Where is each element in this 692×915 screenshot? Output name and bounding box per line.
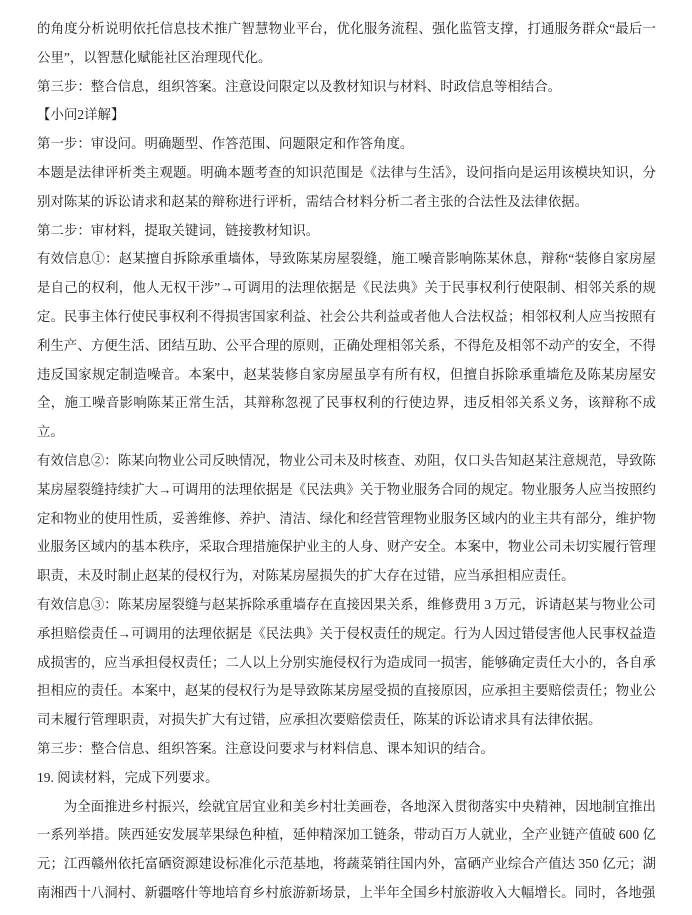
paragraph-q2-info2: 有效信息②：陈某向物业公司反映情况，物业公司未及时核查、劝阻，仅口头告知赵某注意…: [37, 447, 656, 591]
paragraph-q2-step3: 第三步：整合信息、组织答案。注意设问要求与材料信息、课本知识的结合。: [37, 735, 656, 764]
paragraph-q2-step1: 第一步：审设问。明确题型、作答范围、问题限定和作答角度。: [37, 130, 656, 159]
paragraph-subquestion2-heading: 【小问2详解】: [37, 101, 656, 130]
paragraph-q2-step2: 第二步：审材料，提取关键词，链接教材知识。: [37, 217, 656, 246]
paragraph-q1-step3: 第三步：整合信息，组织答案。注意设问限定以及教材知识与材料、时政信息等相结合。: [37, 73, 656, 102]
document-page: 的角度分析说明依托信息技术推广智慧物业平台，优化服务流程、强化监管支撑，打通服务…: [0, 0, 692, 915]
paragraph-question19-material: 为全面推进乡村振兴，绘就宜居宜业和美乡村壮美画卷，各地深入贯彻落实中央精神，因地…: [37, 793, 656, 908]
paragraph-smart-property-conclusion: 的角度分析说明依托信息技术推广智慧物业平台，优化服务流程、强化监管支撑，打通服务…: [37, 15, 656, 73]
paragraph-q2-info1: 有效信息①：赵某擅自拆除承重墙体，导致陈某房屋裂缝，施工噪音影响陈某休息，辩称“…: [37, 245, 656, 447]
document-body: 的角度分析说明依托信息技术推广智慧物业平台，优化服务流程、强化监管支撑，打通服务…: [37, 15, 656, 908]
paragraph-q2-question-type: 本题是法律评析类主观题。明确本题考查的知识范围是《法律与生活》，设问指向是运用该…: [37, 159, 656, 217]
paragraph-q2-info3: 有效信息③：陈某房屋裂缝与赵某拆除承重墙存在直接因果关系，维修费用 3 万元，诉…: [37, 591, 656, 735]
paragraph-question19-title: 19. 阅读材料，完成下列要求。: [37, 764, 656, 793]
